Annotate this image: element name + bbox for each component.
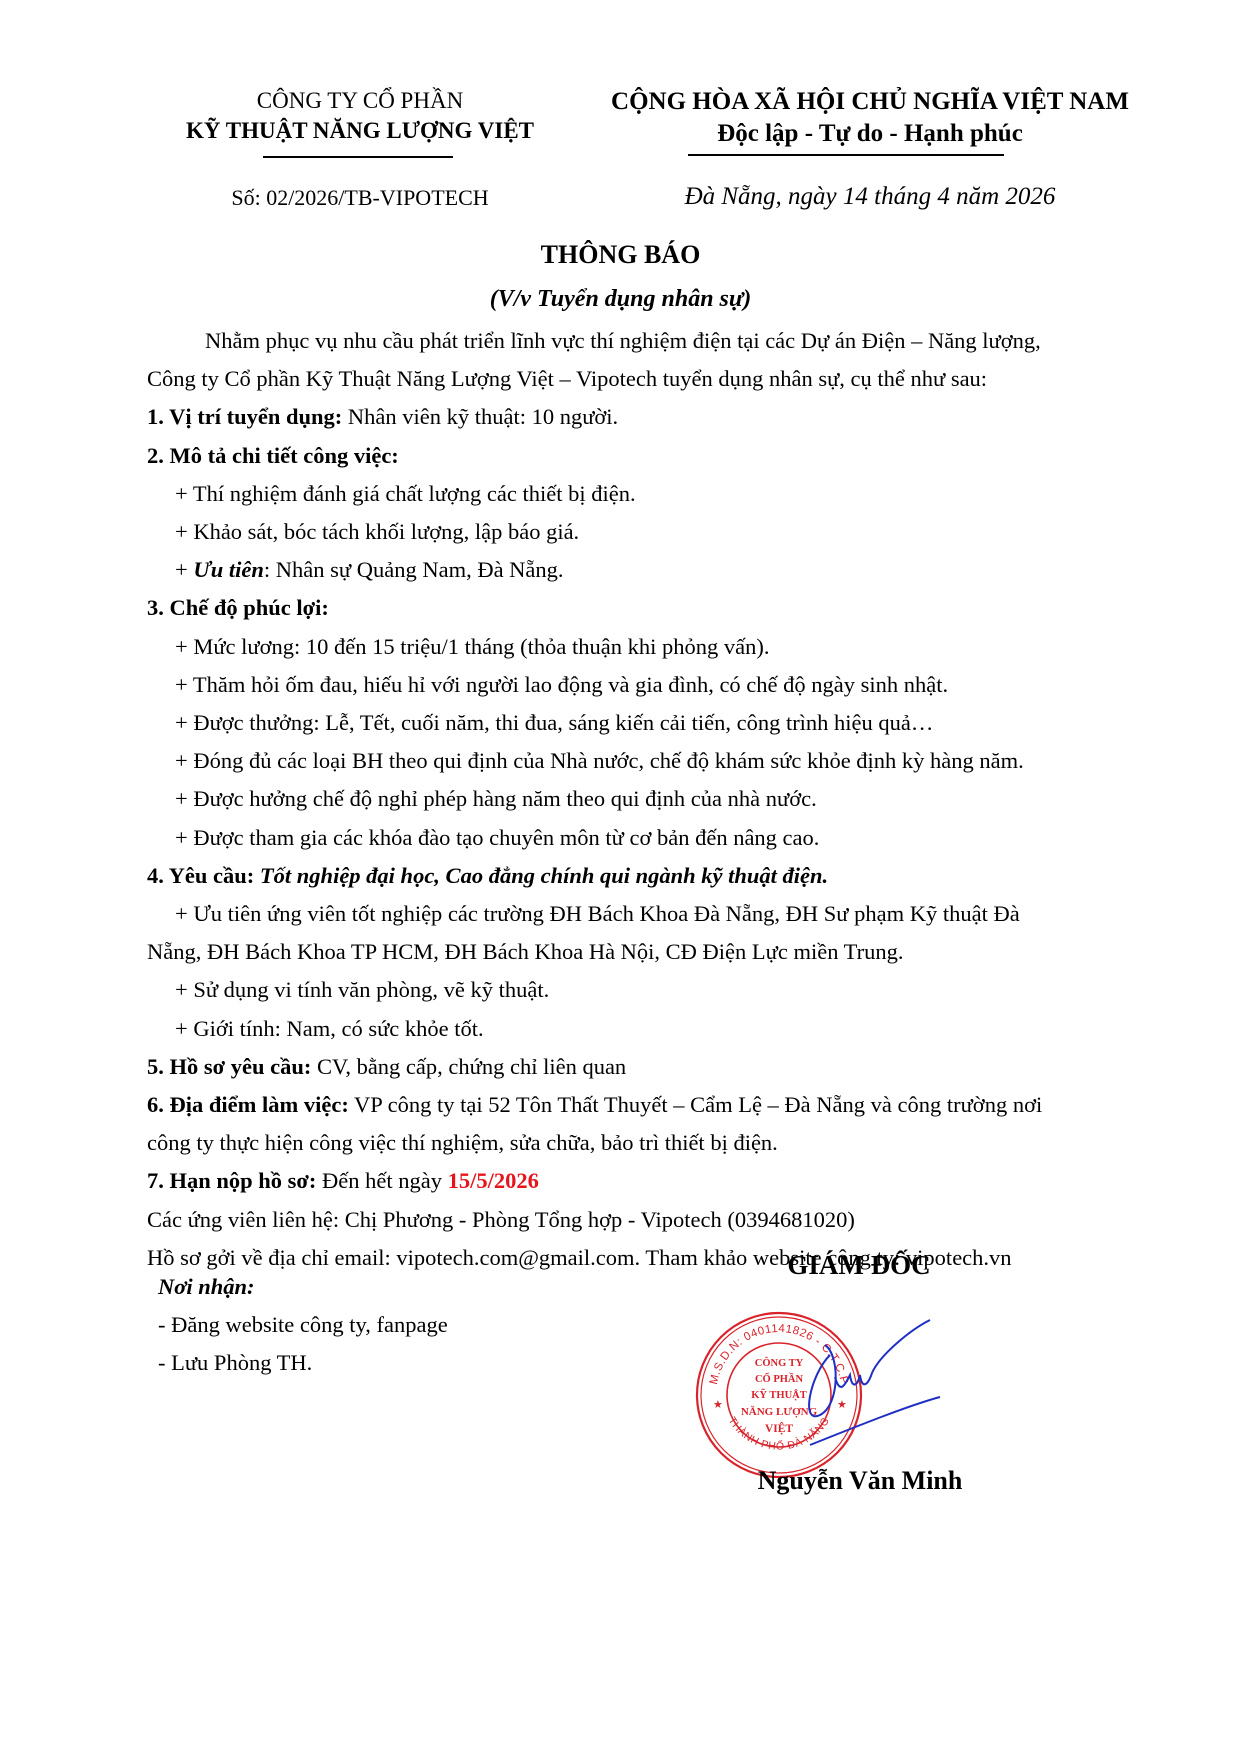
company-name: KỸ THUẬT NĂNG LƯỢNG VIỆT	[140, 116, 580, 146]
section-3-item: + Đóng đủ các loại BH theo qui định của …	[147, 742, 1147, 780]
section-5-label: 5. Hồ sơ yêu cầu:	[147, 1054, 311, 1079]
bullet-prefix: +	[175, 557, 193, 582]
document-title: THÔNG BÁO	[0, 240, 1241, 270]
handwritten-signature-icon	[800, 1315, 990, 1455]
section-3-item: + Được hưởng chế độ nghỉ phép hàng năm t…	[147, 780, 1147, 818]
section-3-item: + Mức lương: 10 đến 15 triệu/1 tháng (th…	[147, 628, 1147, 666]
section-4-item: + Sử dụng vi tính văn phòng, vẽ kỹ thuật…	[147, 971, 1147, 1009]
section-5-text: CV, bằng cấp, chứng chỉ liên quan	[311, 1054, 626, 1079]
intro-line-2: Công ty Cổ phần Kỹ Thuật Năng Lượng Việt…	[147, 360, 1147, 398]
section-4: 4. Yêu cầu: Tốt nghiệp đại học, Cao đẳng…	[147, 857, 1147, 895]
section-2-item: + Thí nghiệm đánh giá chất lượng các thi…	[147, 475, 1147, 513]
document-body: Nhằm phục vụ nhu cầu phát triển lĩnh vực…	[147, 322, 1147, 1277]
section-2-item: + Khảo sát, bóc tách khối lượng, lập báo…	[147, 513, 1147, 551]
document-number: Số: 02/2026/TB-VIPOTECH	[140, 185, 580, 211]
priority-text: : Nhân sự Quảng Nam, Đà Nẵng.	[264, 557, 564, 582]
recipients-label: Nơi nhận:	[158, 1268, 448, 1306]
recipient-item: - Lưu Phòng TH.	[158, 1344, 448, 1382]
signer-title: GIÁM ĐỐC	[744, 1250, 974, 1281]
section-1-text: Nhân viên kỹ thuật: 10 người.	[342, 404, 618, 429]
section-3-item: + Thăm hỏi ốm đau, hiếu hỉ với người lao…	[147, 666, 1147, 704]
contact-line: Các ứng viên liên hệ: Chị Phương - Phòng…	[147, 1201, 1147, 1239]
svg-text:VIỆT: VIỆT	[765, 1421, 793, 1435]
section-4-item: + Ưu tiên ứng viên tốt nghiệp các trường…	[147, 895, 1147, 933]
section-5: 5. Hồ sơ yêu cầu: CV, bằng cấp, chứng ch…	[147, 1048, 1147, 1086]
company-type: CÔNG TY CỔ PHẦN	[140, 86, 580, 116]
section-4-label: 4. Yêu cầu:	[147, 863, 254, 888]
section-3-label: 3. Chế độ phúc lợi:	[147, 589, 1147, 627]
company-header: CÔNG TY CỔ PHẦN KỸ THUẬT NĂNG LƯỢNG VIỆT	[140, 86, 580, 146]
svg-text:CÔNG TY: CÔNG TY	[755, 1356, 804, 1369]
section-6: 6. Địa điểm làm việc: VP công ty tại 52 …	[147, 1086, 1147, 1124]
section-2-priority: + Ưu tiên: Nhân sự Quảng Nam, Đà Nẵng.	[147, 551, 1147, 589]
svg-text:KỸ THUẬT: KỸ THUẬT	[751, 1388, 807, 1401]
deadline-date: 15/5/2026	[448, 1168, 539, 1193]
section-7-text: Đến hết ngày	[316, 1168, 447, 1193]
section-3-item: + Được thưởng: Lễ, Tết, cuối năm, thi đu…	[147, 704, 1147, 742]
section-4-text: Tốt nghiệp đại học, Cao đẳng chính qui n…	[254, 863, 828, 888]
section-6-text: VP công ty tại 52 Tôn Thất Thuyết – Cẩm …	[349, 1092, 1042, 1117]
recipient-item: - Đăng website công ty, fanpage	[158, 1306, 448, 1344]
recipients-block: Nơi nhận: - Đăng website công ty, fanpag…	[158, 1268, 448, 1382]
section-4-item-continued: Nẵng, ĐH Bách Khoa TP HCM, ĐH Bách Khoa …	[147, 933, 1147, 971]
document-date: Đà Nẵng, ngày 14 tháng 4 năm 2026	[575, 183, 1165, 211]
company-underline	[263, 156, 453, 158]
country-name: CỘNG HÒA XÃ HỘI CHỦ NGHĨA VIỆT NAM	[575, 86, 1165, 118]
section-6-text-continued: công ty thực hiện công việc thí nghiệm, …	[147, 1124, 1147, 1162]
document-subtitle: (V/v Tuyển dụng nhân sự)	[0, 286, 1241, 313]
svg-text:CỔ PHẦN: CỔ PHẦN	[755, 1372, 804, 1385]
section-2-label: 2. Mô tả chi tiết công việc:	[147, 437, 1147, 475]
section-3-item: + Được tham gia các khóa đào tạo chuyên …	[147, 819, 1147, 857]
section-1-label: 1. Vị trí tuyển dụng:	[147, 404, 342, 429]
svg-text:★: ★	[713, 1399, 723, 1411]
national-header: CỘNG HÒA XÃ HỘI CHỦ NGHĨA VIỆT NAM Độc l…	[575, 86, 1165, 150]
signer-name: Nguyễn Văn Minh	[740, 1466, 980, 1496]
priority-label: Ưu tiên	[193, 557, 264, 582]
section-1: 1. Vị trí tuyển dụng: Nhân viên kỹ thuật…	[147, 398, 1147, 436]
section-7: 7. Hạn nộp hồ sơ: Đến hết ngày 15/5/2026	[147, 1162, 1147, 1200]
section-7-label: 7. Hạn nộp hồ sơ:	[147, 1168, 316, 1193]
section-6-label: 6. Địa điểm làm việc:	[147, 1092, 349, 1117]
national-motto: Độc lập - Tự do - Hạnh phúc	[575, 118, 1165, 150]
intro-line-1: Nhằm phục vụ nhu cầu phát triển lĩnh vực…	[147, 322, 1147, 360]
motto-underline	[688, 154, 1004, 156]
section-4-item: + Giới tính: Nam, có sức khỏe tốt.	[147, 1010, 1147, 1048]
